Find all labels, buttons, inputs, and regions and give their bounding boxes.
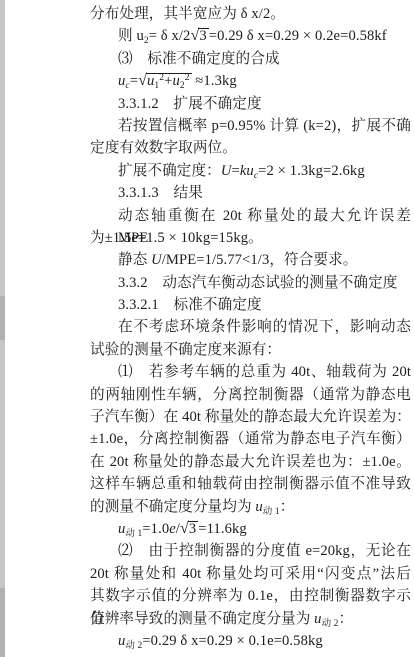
text-line: u动 2=0.29 δ x=0.29 × 0.1e=0.58kg	[90, 630, 411, 652]
text-line: 3.3.1.3 结果	[90, 182, 411, 204]
radical-body: 3	[198, 28, 208, 44]
text-line: 子汽车衡）在 40t 称量处的静态最大允许误差为：	[90, 406, 411, 428]
text-line: 扩展不确定度：U=kuc=2 × 1.3kg=2.6kg	[90, 160, 411, 182]
scan-edge-dark-segment	[0, 588, 5, 657]
radical-expression: √u12+u22	[138, 70, 191, 92]
text-block: 分布处理，其半宽应为 δ x/2。则 u2= δ x/2√3 =0.29 δ x…	[90, 3, 411, 652]
text-line: 其数字示值的分辨率为 0.1e，由控制衡器数字示值	[90, 585, 411, 607]
scan-edge-dark-segment	[0, 296, 5, 340]
text-line: ⑶ 标准不确定度的合成	[90, 48, 411, 70]
scan-edge-strip	[0, 0, 5, 657]
text-line: u动 1=1.0e/√3 =11.6kg	[90, 518, 411, 540]
radical-body: 3	[188, 521, 198, 537]
text-line: 的测量不确定度分量均为 u动 1：	[90, 496, 411, 518]
text-line: 动态轴重衡在 20t 称量处的最大允许误差 MPE	[90, 205, 411, 227]
text-line: 3.3.1.2 扩展不确定度	[90, 93, 411, 115]
text-line: 为±1.5e=1.5 × 10kg=15kg。	[90, 227, 411, 249]
radical-expression: √3	[180, 518, 198, 540]
text-line: 这样车辆总重和轴载荷由控制衡器示值不准导致	[90, 473, 411, 495]
text-line: 的两轴刚性车辆，分离控制衡器（通常为静态电	[90, 384, 411, 406]
text-line: 20t 称量处和 40t 称量处均可采用“闪变点”法后	[90, 563, 411, 585]
text-line: ⑵ 由于控制衡器的分度值 e=20kg，无论在	[90, 540, 411, 562]
text-line: 定度有效数字取两位。	[90, 137, 411, 159]
text-line: ±1.0e，分离控制衡器（通常为静态电子汽车衡）	[90, 428, 411, 450]
text-line: 在不考虑环境条件影响的情况下，影响动态	[90, 316, 411, 338]
text-line: 若按置信概率 p=0.95% 计算 (k=2)，扩展不确	[90, 115, 411, 137]
text-line: 分辨率导致的测量不确定度分量为 u动 2：	[90, 608, 411, 630]
text-line: 分布处理，其半宽应为 δ x/2。	[90, 3, 411, 25]
text-line: 静态 U/MPE=1/5.77<1/3，符合要求。	[90, 249, 411, 271]
text-line: 3.3.2.1 标准不确定度	[90, 294, 411, 316]
text-line: ⑴ 若参考车辆的总重为 40t、轴载荷为 20t	[90, 361, 411, 383]
text-line: 3.3.2 动态汽车衡动态试验的测量不确定度	[90, 272, 411, 294]
text-line: 则 u2= δ x/2√3 =0.29 δ x=0.29 × 0.2e=0.58…	[90, 25, 411, 47]
text-line: uc=√u12+u22 ≈1.3kg	[90, 70, 411, 92]
text-line: 试验的测量不确定度来源有：	[90, 339, 411, 361]
document-page: 分布处理，其半宽应为 δ x/2。则 u2= δ x/2√3 =0.29 δ x…	[0, 0, 414, 657]
radical-expression: √3	[190, 25, 208, 47]
text-line: 在 20t 称量处的静态最大允许误差也为：±1.0e。	[90, 451, 411, 473]
radical-body: u12+u22	[146, 73, 192, 89]
